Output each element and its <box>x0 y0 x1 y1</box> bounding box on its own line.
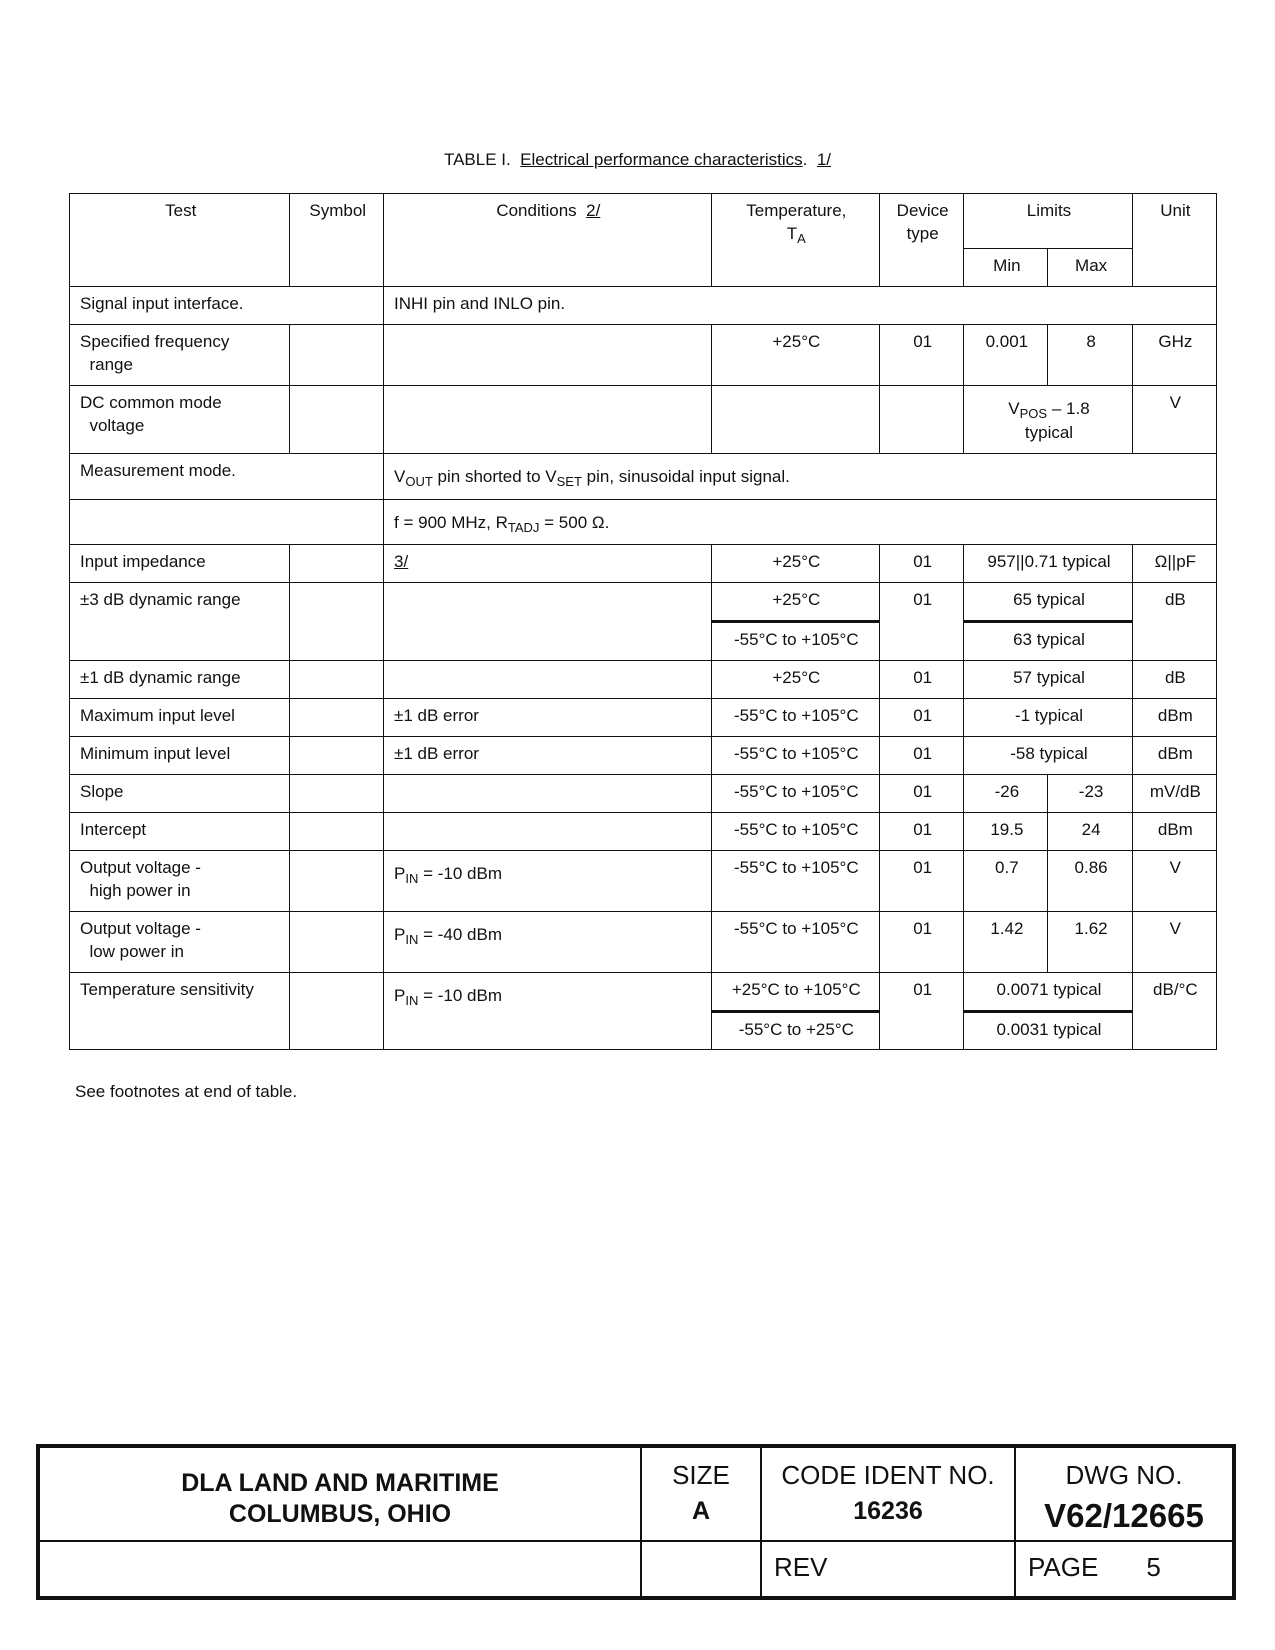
header-conditions: Conditions 2/ <box>384 194 712 287</box>
table-row: ±3 dB dynamic range +25°C 01 65 typical … <box>70 583 1217 622</box>
table-row: Output voltage - high power in PIN = -10… <box>70 850 1217 911</box>
table-row: Minimum input level ±1 dB error -55°C to… <box>70 737 1217 775</box>
organization: DLA LAND AND MARITIME COLUMBUS, OHIO <box>40 1448 640 1540</box>
caption-title: Electrical performance characteristics <box>520 150 802 169</box>
table-row: Input impedance 3/ +25°C 01 957||0.71 ty… <box>70 545 1217 583</box>
title-block: DLA LAND AND MARITIME COLUMBUS, OHIO SIZ… <box>36 1444 1236 1600</box>
header-symbol: Symbol <box>290 194 384 287</box>
table-row: Slope -55°C to +105°C 01 -26 -23 mV/dB <box>70 774 1217 812</box>
header-row: Test Symbol Conditions 2/ Temperature,TA… <box>70 194 1217 249</box>
section-row-signal-input: Signal input interface. INHI pin and INL… <box>70 286 1217 324</box>
header-limits: Limits <box>964 194 1132 249</box>
table-caption: TABLE I. Electrical performance characte… <box>0 150 1275 170</box>
table-row: Output voltage - low power in PIN = -40 … <box>70 911 1217 972</box>
code-ident-cell: CODE IDENT NO. 16236 <box>760 1448 1014 1540</box>
section-row-conditions: f = 900 MHz, RTADJ = 500 Ω. <box>70 499 1217 545</box>
table-row: ±1 dB dynamic range +25°C 01 57 typical … <box>70 661 1217 699</box>
table-row: DC common mode voltage VPOS – 1.8typical… <box>70 385 1217 453</box>
table-row: Intercept -55°C to +105°C 01 19.5 24 dBm <box>70 812 1217 850</box>
revision-cell: REV <box>760 1540 1014 1596</box>
table-row: Maximum input level ±1 dB error -55°C to… <box>70 699 1217 737</box>
table-row: Temperature sensitivity PIN = -10 dBm +2… <box>70 972 1217 1011</box>
electrical-characteristics-table: Test Symbol Conditions 2/ Temperature,TA… <box>69 193 1217 1050</box>
header-min: Min <box>964 249 1048 287</box>
page-number: 5 <box>1146 1552 1160 1582</box>
caption-prefix: TABLE I. <box>444 150 511 169</box>
caption-footnote-ref: 1/ <box>817 150 831 169</box>
size-cell: SIZE A <box>640 1448 760 1540</box>
header-test: Test <box>70 194 290 287</box>
footnote-reference: See footnotes at end of table. <box>75 1082 297 1102</box>
header-temperature: Temperature,TA <box>711 194 879 287</box>
header-max: Max <box>1048 249 1132 287</box>
page-cell: PAGE5 <box>1014 1540 1232 1596</box>
header-unit: Unit <box>1132 194 1216 287</box>
header-device-type: Devicetype <box>880 194 964 287</box>
section-row-measurement: Measurement mode. VOUT pin shorted to VS… <box>70 454 1217 500</box>
table-row: Specified frequency range +25°C 01 0.001… <box>70 324 1217 385</box>
drawing-number-cell: DWG NO. V62/12665 <box>1014 1448 1232 1540</box>
